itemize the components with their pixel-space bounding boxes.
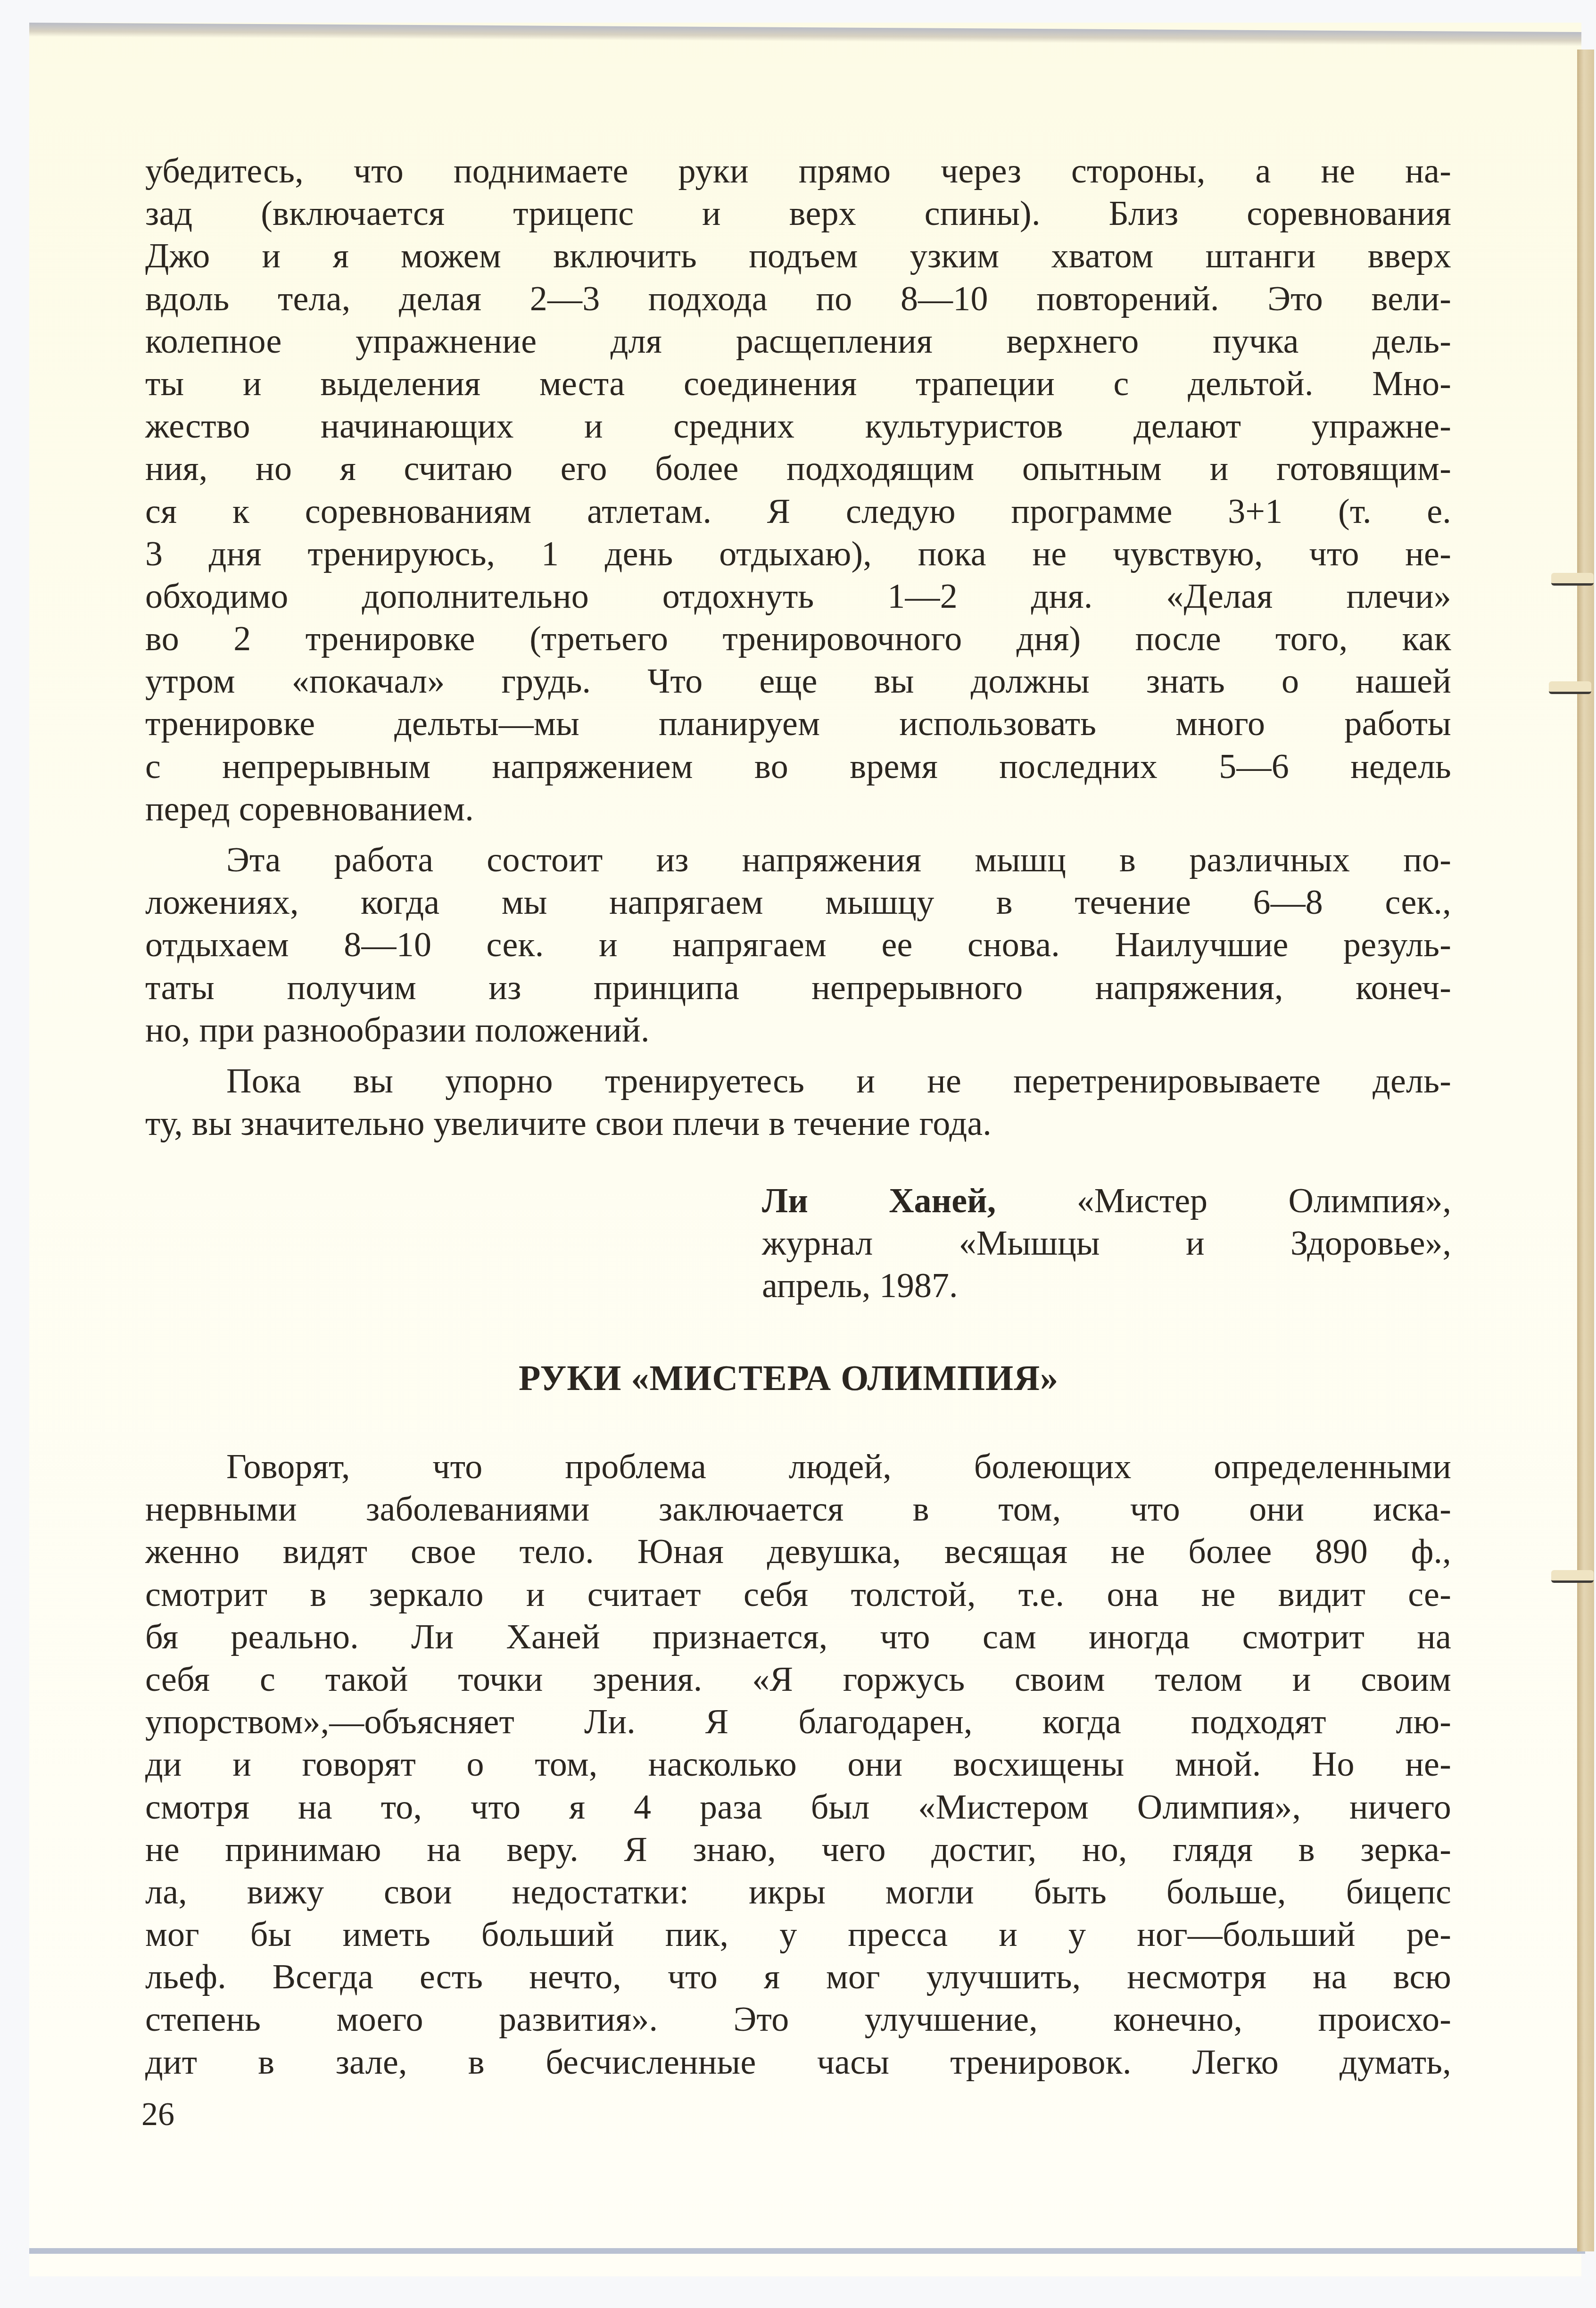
text-line: упорством»,—объясняет Ли. Я благодарен, … bbox=[145, 1701, 1451, 1743]
binding-staple-icon bbox=[1551, 573, 1594, 586]
paragraph: Эта работа состоит из напряжения мышц в … bbox=[145, 839, 1451, 1051]
text-line: Джо и я можем включить подъем узким хват… bbox=[145, 235, 1451, 277]
section-heading: РУКИ «МИСТЕРА ОЛИМПИЯ» bbox=[0, 1358, 1596, 1399]
text-line: но, при разнообразии положений. bbox=[145, 1009, 1451, 1051]
text-line: дит в зале, в бесчисленные часы трениров… bbox=[145, 2041, 1451, 2084]
paragraph: Говорят, что проблема людей, болеющих оп… bbox=[145, 1446, 1451, 2084]
text-line: убедитесь, что поднимаете руки прямо чер… bbox=[145, 150, 1451, 192]
text-line: утром «покачал» грудь. Что еще вы должны… bbox=[145, 660, 1451, 703]
text-line: себя с такой точки зрения. «Я горжусь св… bbox=[145, 1658, 1451, 1701]
text-line: женно видят свое тело. Юная девушка, вес… bbox=[145, 1530, 1451, 1573]
attribution-line: журнал «Мышцы и Здоровье», bbox=[762, 1222, 1451, 1265]
text-line: тренировке дельты—мы планируем использов… bbox=[145, 703, 1451, 745]
text-line: колепное упражнение для расщепления верх… bbox=[145, 320, 1451, 363]
attribution-line: апрель, 1987. bbox=[762, 1265, 1451, 1307]
binding-staple-icon bbox=[1549, 681, 1591, 694]
attribution-author: Ли Ханей, bbox=[762, 1182, 996, 1220]
text-line: Говорят, что проблема людей, болеющих оп… bbox=[145, 1446, 1451, 1488]
section-2-body: Говорят, что проблема людей, болеющих оп… bbox=[145, 1446, 1451, 2084]
paragraph: убедитесь, что поднимаете руки прямо чер… bbox=[145, 150, 1451, 830]
text-line: смотрит в зеркало и считает себя толстой… bbox=[145, 1573, 1451, 1616]
text-line: льеф. Всегда есть нечто, что я мог улучш… bbox=[145, 1956, 1451, 1998]
page-bottom-edge bbox=[29, 2248, 1585, 2254]
text-line: степень моего развития». Это улучшение, … bbox=[145, 1998, 1451, 2041]
text-line: ся к соревнованиям атлетам. Я следую про… bbox=[145, 490, 1451, 533]
text-line: отдыхаем 8—10 сек. и напрягаем ее снова.… bbox=[145, 924, 1451, 966]
text-line: с непрерывным напряжением во время после… bbox=[145, 745, 1451, 788]
text-line: во 2 тренировке (третьего тренировочного… bbox=[145, 618, 1451, 660]
text-line: ту, вы значительно увеличите свои плечи … bbox=[145, 1102, 1451, 1145]
source-attribution: Ли Ханей, «Мистер Олимпия», журнал «Мышц… bbox=[762, 1180, 1451, 1307]
text-line: обходимо дополнительно отдохнуть 1—2 дня… bbox=[145, 575, 1451, 618]
text-line: Пока вы упорно тренируетесь и не перетре… bbox=[145, 1060, 1451, 1102]
text-line: ла, вижу свои недостатки: икры могли быт… bbox=[145, 1871, 1451, 1913]
text-line: мог бы иметь больший пик, у пресса и у н… bbox=[145, 1913, 1451, 1956]
section-1-body: убедитесь, что поднимаете руки прямо чер… bbox=[145, 150, 1451, 1145]
binding-staple-icon bbox=[1551, 1570, 1594, 1583]
text-line: перед соревнованием. bbox=[145, 788, 1451, 830]
book-binding-strip bbox=[1577, 50, 1594, 2251]
text-line: Эта работа состоит из напряжения мышц в … bbox=[145, 839, 1451, 881]
text-line: ди и говорят о том, насколько они восхищ… bbox=[145, 1743, 1451, 1786]
text-line: бя реально. Ли Ханей признается, что сам… bbox=[145, 1616, 1451, 1658]
paragraph: Пока вы упорно тренируетесь и не перетре… bbox=[145, 1060, 1451, 1145]
text-line: зад (включается трицепс и верх спины). Б… bbox=[145, 192, 1451, 235]
text-line: таты получим из принципа непрерывного на… bbox=[145, 967, 1451, 1009]
text-line: ложениях, когда мы напрягаем мышцу в теч… bbox=[145, 881, 1451, 924]
text-line: ты и выделения места соединения трапеции… bbox=[145, 363, 1451, 405]
text-line: не принимаю на веру. Я знаю, чего достиг… bbox=[145, 1828, 1451, 1871]
text-line: 3 дня тренируюсь, 1 день отдыхаю), пока … bbox=[145, 533, 1451, 575]
text-line: смотря на то, что я 4 раза был «Мистером… bbox=[145, 1786, 1451, 1828]
attribution-line: Ли Ханей, «Мистер Олимпия», bbox=[762, 1180, 1451, 1222]
text-line: ния, но я считаю его более подходящим оп… bbox=[145, 447, 1451, 490]
text-line: жество начинающих и средних культуристов… bbox=[145, 405, 1451, 447]
text-line: нервными заболеваниями заключается в том… bbox=[145, 1488, 1451, 1530]
text-line: вдоль тела, делая 2—3 подхода по 8—10 по… bbox=[145, 278, 1451, 320]
attribution-title: «Мистер Олимпия», bbox=[1077, 1182, 1451, 1220]
page-number: 26 bbox=[141, 2096, 174, 2134]
